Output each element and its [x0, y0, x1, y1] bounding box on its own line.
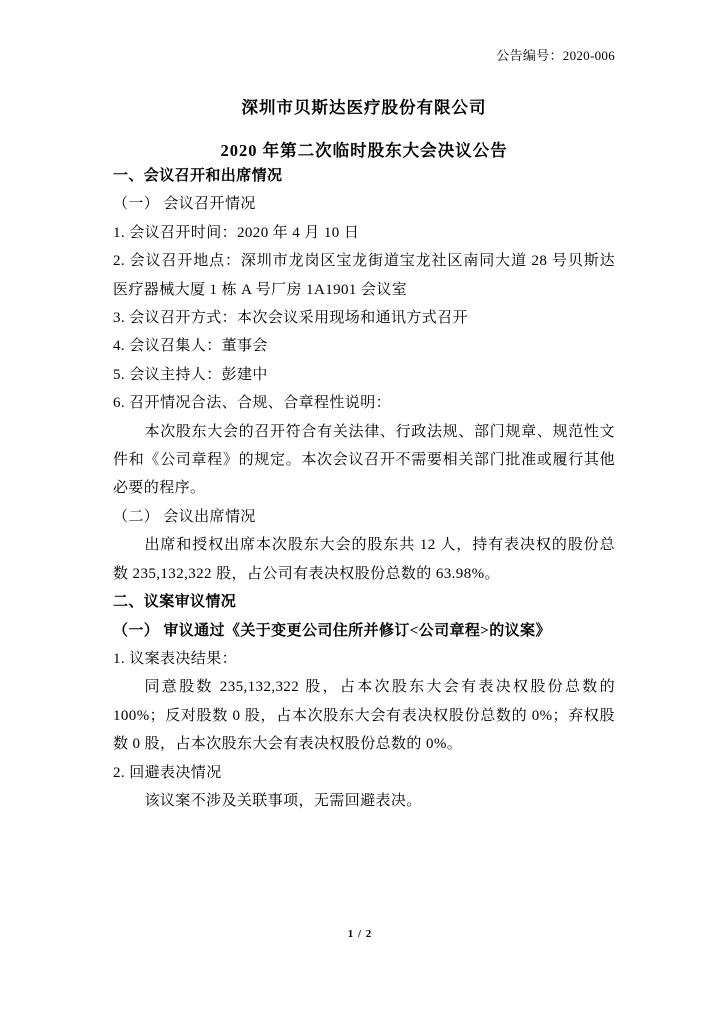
announcement-number: 公告编号：2020-006: [113, 48, 615, 64]
section1-item-convener: 4. 会议召集人：董事会: [113, 332, 615, 360]
section2-heading: 二、议案审议情况: [113, 588, 615, 616]
section2-item-vote-result: 1. 议案表决结果：: [113, 645, 615, 673]
page-number: 1 / 2: [0, 928, 720, 940]
section2-vote-result-paragraph: 同意股数 235,132,322 股，占本次股东大会有表决权股份总数的 100%…: [113, 673, 615, 758]
section1-item-chairperson: 5. 会议主持人：彭建中: [113, 361, 615, 389]
section1-item-meeting-place: 2. 会议召开地点：深圳市龙岗区宝龙街道宝龙社区南同大道 28 号贝斯达医疗器械…: [113, 247, 615, 304]
section2-subheading-1: （一） 审议通过《关于变更公司住所并修订<公司章程>的议案》: [113, 617, 615, 645]
section1-item-meeting-method: 3. 会议召开方式：本次会议采用现场和通讯方式召开: [113, 304, 615, 332]
section1-legality-paragraph: 本次股东大会的召开符合有关法律、行政法规、部门规章、规范性文件和《公司章程》的规…: [113, 418, 615, 503]
section2-abstention-paragraph: 该议案不涉及关联事项，无需回避表决。: [113, 787, 615, 815]
section1-subheading-1: （一） 会议召开情况: [113, 190, 615, 218]
document-title: 2020 年第二次临时股东大会决议公告: [113, 140, 615, 162]
company-name-title: 深圳市贝斯达医疗股份有限公司: [113, 97, 615, 119]
document-content: 公告编号：2020-006 深圳市贝斯达医疗股份有限公司 2020 年第二次临时…: [113, 48, 615, 815]
section1-item-meeting-time: 1. 会议召开时间：2020 年 4 月 10 日: [113, 219, 615, 247]
section2-item-abstention: 2. 回避表决情况: [113, 759, 615, 787]
section1-attendance-paragraph: 出席和授权出席本次股东大会的股东共 12 人，持有表决权的股份总数 235,13…: [113, 531, 615, 588]
section1-item-legality-note: 6. 召开情况合法、合规、合章程性说明：: [113, 389, 615, 417]
section1-subheading-2: （二） 会议出席情况: [113, 503, 615, 531]
section1-heading: 一、会议召开和出席情况: [113, 162, 615, 190]
document-page: 公告编号：2020-006 深圳市贝斯达医疗股份有限公司 2020 年第二次临时…: [0, 0, 720, 1018]
